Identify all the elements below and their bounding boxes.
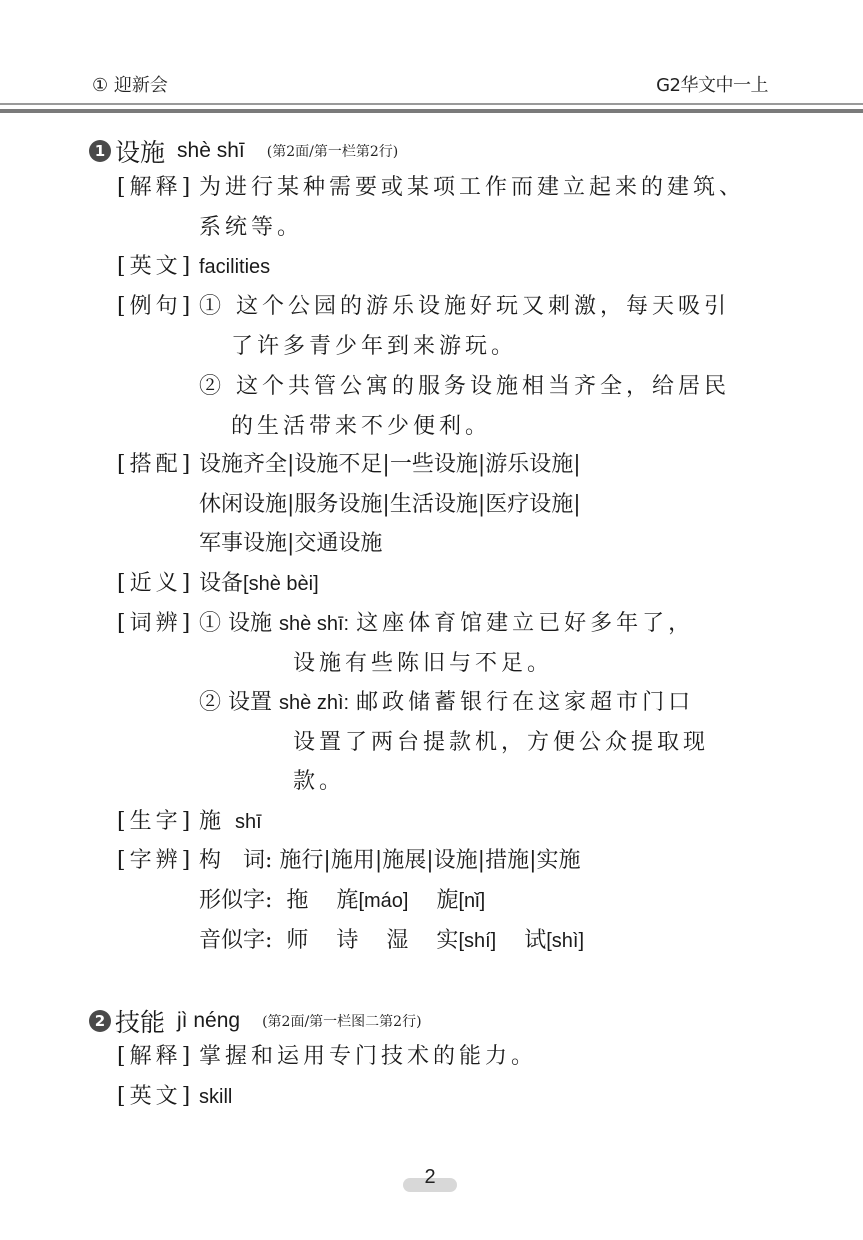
entry-heading-1: 1 设施 shè shī (第2面/第一栏第2行)	[89, 133, 398, 169]
similar-shape-row: 形似字: 拖 旄[máo] 旎[nǐ]	[199, 881, 485, 921]
similar-shape-pinyin: [máo]	[358, 890, 408, 912]
page-number: 2	[403, 1166, 457, 1189]
similar-sound-char: 诗	[336, 928, 358, 953]
synonym-word: 设备	[199, 571, 243, 596]
definition-line: 掌握和运用专门技术的能力。	[199, 1044, 537, 1069]
new-character-tag: [生字]	[117, 802, 199, 842]
similar-sound-char: 实	[436, 928, 458, 953]
entry-pinyin: shè shī	[177, 139, 245, 163]
word-distinction-row: [词辨]① 设施 shè shī: 这座体育馆建立已好多年了，	[117, 604, 694, 644]
distinction-line: 设置了两台提款机，方便公众提取现	[293, 723, 709, 763]
example-line: 这个公园的游乐设施好玩又刺激，每天吸引	[236, 294, 730, 319]
similar-sound-char: 湿	[386, 928, 408, 953]
distinction-line: 这座体育馆建立已好多年了，	[356, 611, 694, 636]
english-tag: [英文]	[117, 247, 199, 287]
similar-sound-pinyin: [shì]	[546, 930, 584, 952]
synonym-tag: [近义]	[117, 564, 199, 604]
example-tag: [例句]	[117, 287, 199, 327]
entry-number-badge: 2	[89, 1010, 111, 1032]
example-line: 的生活带来不少便利。	[231, 407, 491, 447]
example-mark: ①	[199, 294, 225, 319]
entry-reference: (第2面/第一栏第2行)	[267, 141, 398, 161]
example-line: 这个共管公寓的服务设施相当齐全，给居民	[236, 374, 730, 399]
similar-sound-char: 师	[286, 928, 308, 953]
new-character-row: [生字]施 shī	[117, 802, 262, 842]
entry-heading-2: 2 技能 jì néng (第2面/第一栏图二第2行)	[89, 1003, 422, 1039]
similar-shape-char: 拖	[286, 888, 308, 913]
distinction-pinyin: shè zhì:	[279, 692, 349, 714]
word-distinction-tag: [词辨]	[117, 604, 199, 644]
english-translation: facilities	[199, 256, 270, 278]
collocation-line: 军事设施|交通设施	[199, 524, 382, 564]
similar-shape-pinyin: [nǐ]	[458, 890, 485, 912]
collocation-line: 休闲设施|服务设施|生活设施|医疗设施|	[199, 485, 581, 525]
header-divider-thin	[0, 103, 863, 105]
similar-sound-pinyin: [shí]	[458, 930, 496, 952]
book-title: G2华文中一上	[656, 71, 768, 97]
example-mark: ②	[199, 374, 225, 399]
definition-line: 为进行某种需要或某项工作而建立起来的建筑、	[199, 175, 745, 200]
synonym-pinyin: [shè bèi]	[243, 573, 319, 595]
distinction-word: 设置	[228, 690, 272, 715]
distinction-line: 设施有些陈旧与不足。	[293, 644, 553, 684]
similar-sound-row: 音似字: 师 诗 湿 实[shí] 试[shì]	[199, 921, 584, 961]
definition-line: 系统等。	[199, 208, 303, 248]
example-row: [例句]① 这个公园的游乐设施好玩又刺激，每天吸引	[117, 287, 730, 327]
distinction-line: 邮政储蓄银行在这家超市门口	[356, 690, 694, 715]
distinction-mark: ②	[199, 690, 221, 715]
entry-pinyin: jì néng	[177, 1009, 240, 1033]
collocation-row: [搭配]设施齐全|设施不足|一些设施|游乐设施|	[117, 445, 581, 485]
synonym-row: [近义]设备[shè bèi]	[117, 564, 319, 604]
collocation-tag: [搭配]	[117, 445, 199, 485]
definition-row: [解释]掌握和运用专门技术的能力。	[117, 1037, 537, 1077]
definition-tag: [解释]	[117, 168, 199, 208]
definition-tag: [解释]	[117, 1037, 199, 1077]
distinction-2: ② 设置 shè zhì: 邮政储蓄银行在这家超市门口	[199, 683, 694, 723]
english-row: [英文]facilities	[117, 247, 270, 287]
english-row: [英文]skill	[117, 1077, 232, 1117]
english-tag: [英文]	[117, 1077, 199, 1117]
header-divider-thick	[0, 109, 863, 113]
similar-shape-label: 形似字:	[199, 888, 272, 913]
chapter-title: ① 迎新会	[92, 71, 168, 97]
entry-reference: (第2面/第一栏图二第2行)	[262, 1011, 421, 1031]
entry-number-badge: 1	[89, 140, 111, 162]
entry-word: 设施	[115, 133, 165, 169]
distinction-line: 款。	[293, 762, 345, 802]
new-character: 施	[199, 809, 221, 834]
definition-row: [解释]为进行某种需要或某项工作而建立起来的建筑、	[117, 168, 745, 208]
character-distinction-row: [字辨]构 词: 施行|施用|施展|设施|措施|实施	[117, 841, 580, 881]
similar-shape-char: 旎	[436, 888, 458, 913]
new-character-pinyin: shī	[235, 811, 262, 833]
collocation-line: 设施齐全|设施不足|一些设施|游乐设施|	[199, 452, 581, 477]
compound-label: 构 词:	[199, 848, 272, 873]
similar-sound-label: 音似字:	[199, 928, 272, 953]
similar-sound-char: 试	[524, 928, 546, 953]
english-translation: skill	[199, 1086, 232, 1108]
distinction-pinyin: shè shī:	[279, 613, 349, 635]
similar-shape-char: 旄	[336, 888, 358, 913]
distinction-word: 设施	[228, 611, 272, 636]
entry-word: 技能	[115, 1003, 165, 1039]
example-line: 了许多青少年到来游玩。	[231, 327, 517, 367]
compound-words: 施行|施用|施展|设施|措施|实施	[279, 848, 580, 873]
example-2: ② 这个共管公寓的服务设施相当齐全，给居民	[199, 367, 730, 407]
distinction-mark: ①	[199, 611, 221, 636]
character-distinction-tag: [字辨]	[117, 841, 199, 881]
